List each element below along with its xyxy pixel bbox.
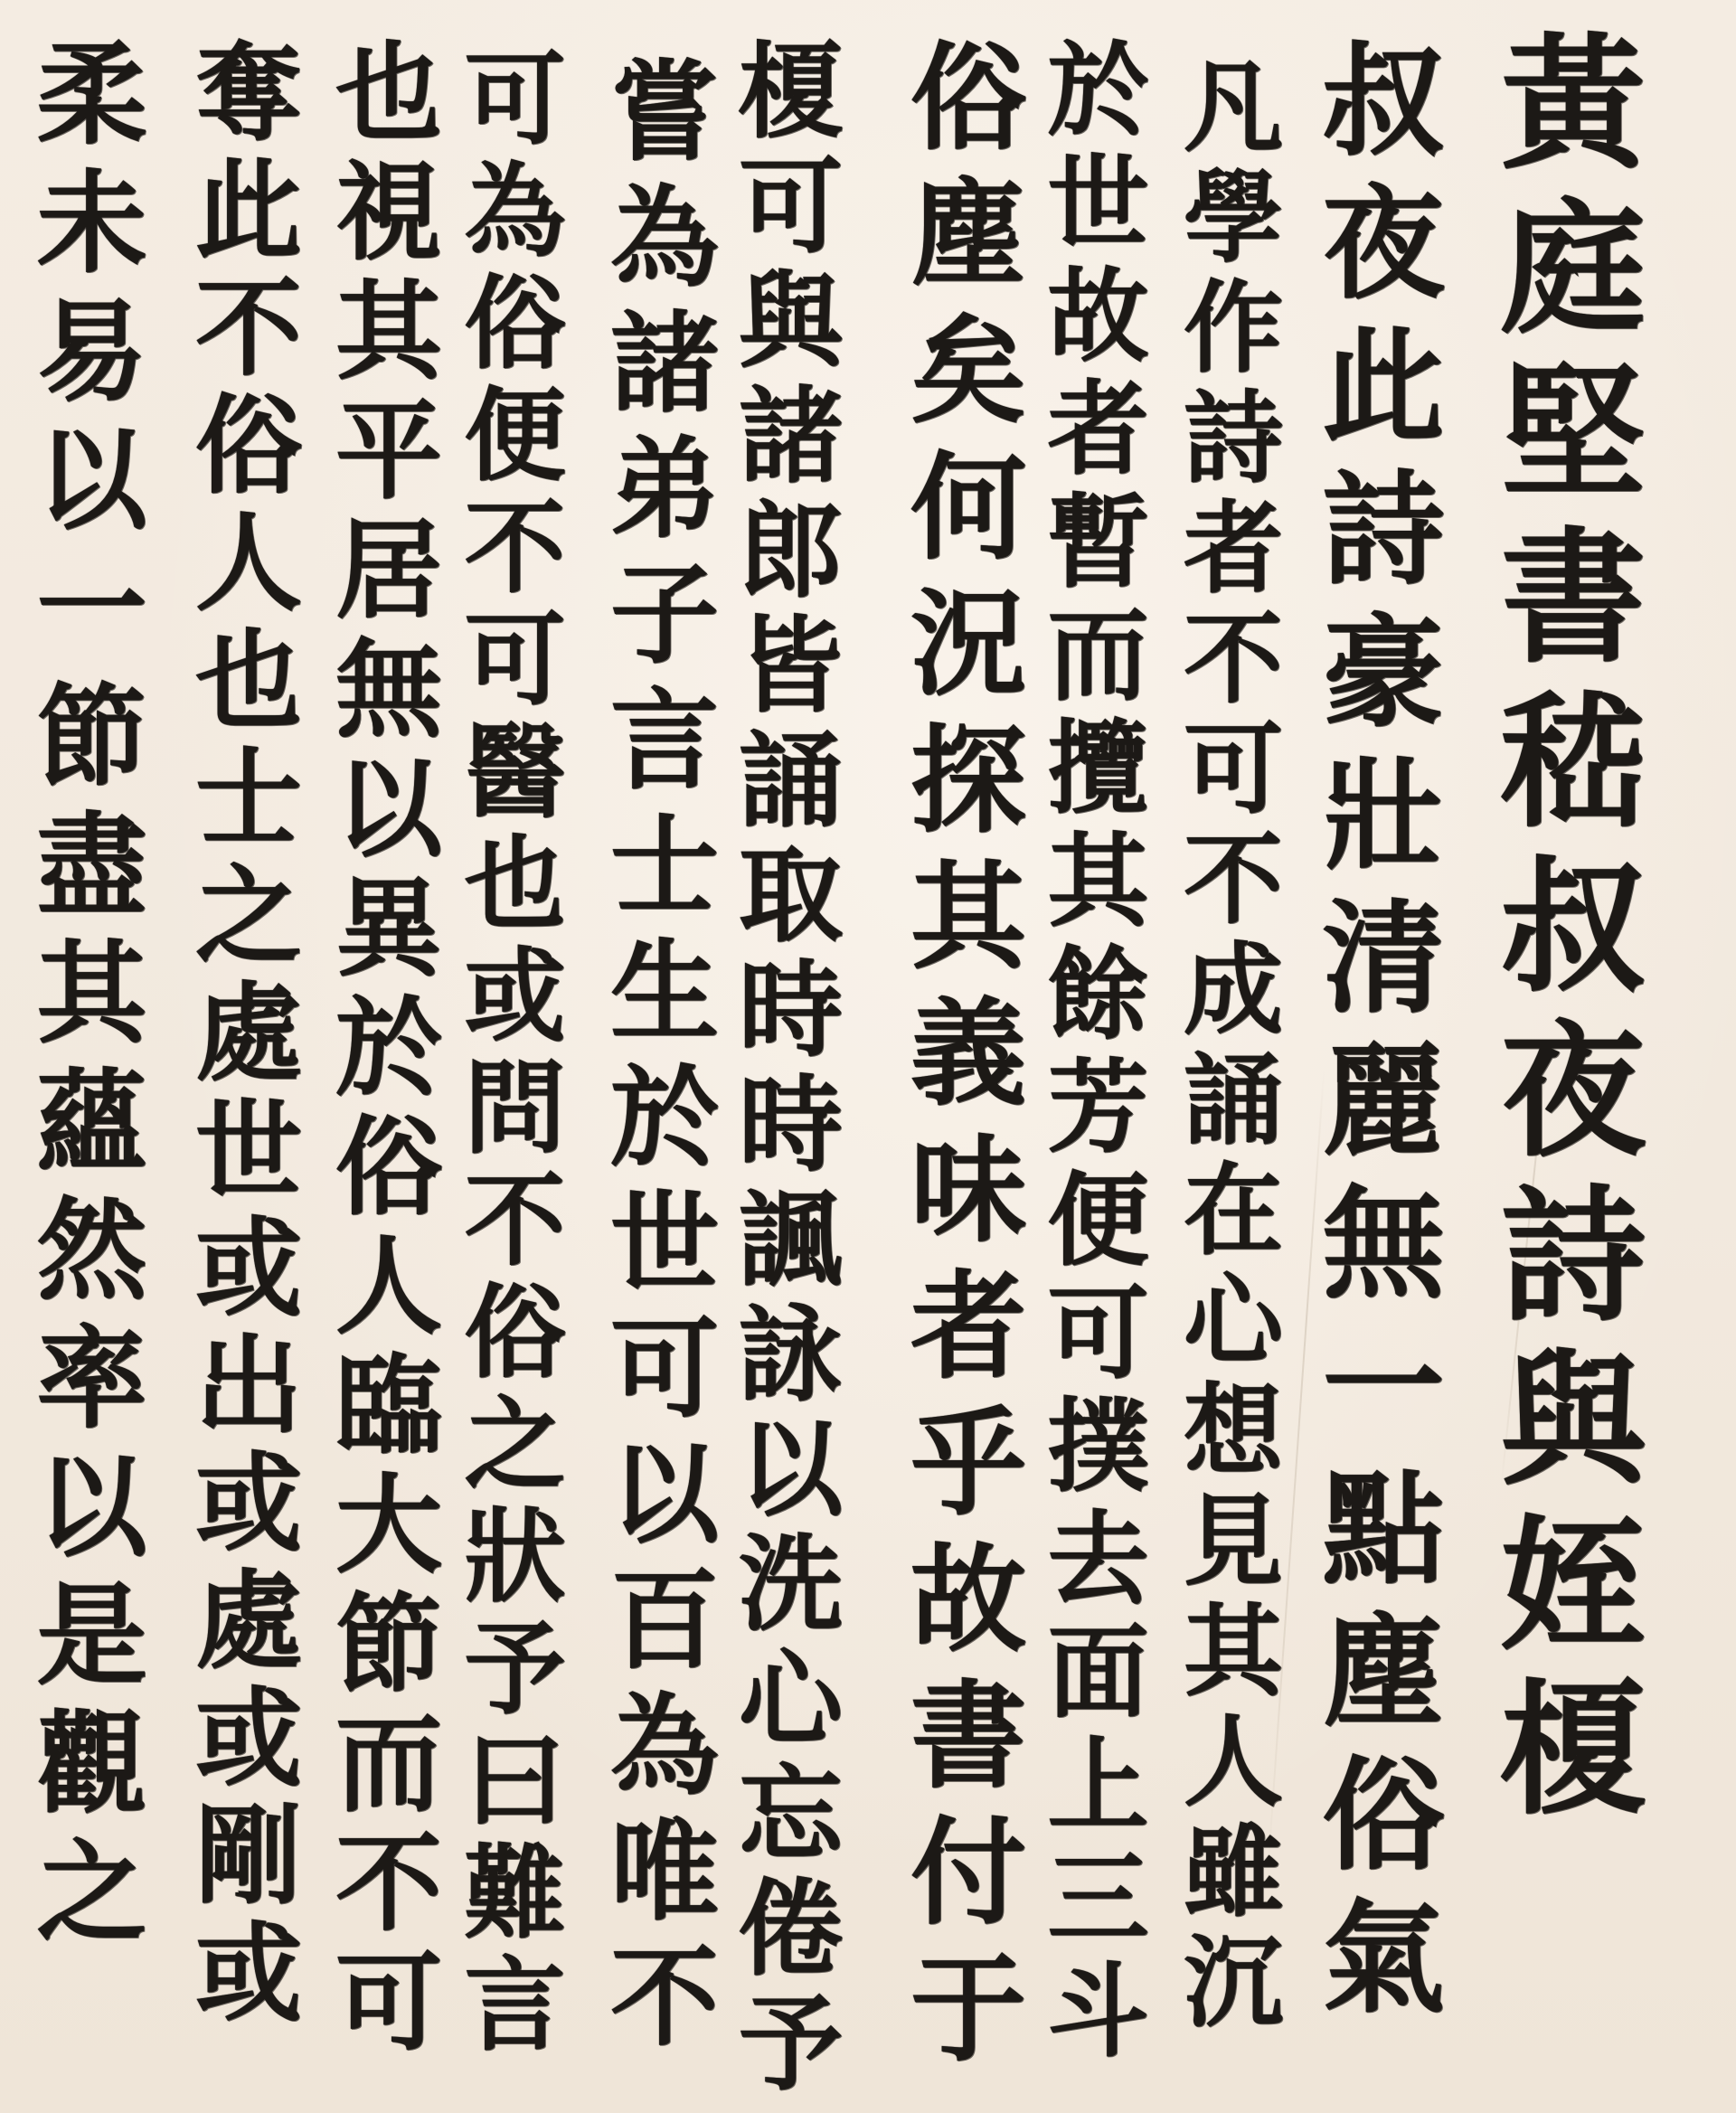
calligraphy-column-1-title: 黃庭堅書嵇叔夜詩與姪榎 bbox=[1489, 27, 1634, 1837]
calligraphy-column-11: 柔未易以一節盡其蘊然率以是觀之 bbox=[28, 36, 138, 1962]
calligraphy-column-5: 俗塵矣何況探其義味者乎故書付于 bbox=[901, 36, 1016, 2084]
calligraphy-column-9: 也視其平居無以異於俗人臨大節而不可 bbox=[326, 36, 433, 2065]
calligraphy-column-8: 可為俗便不可醫也或問不俗之狀予曰難言 bbox=[456, 45, 557, 2063]
calligraphy-column-10: 奪此不俗人也士之處世或出或處或剛或 bbox=[186, 36, 293, 2034]
calligraphy-column-6: 榎可與諸郎皆誦取時時諷詠以洗心忘倦予 bbox=[730, 36, 834, 2103]
calligraphy-column-3: 凡學作詩者不可不成誦在心想見其人雖沉 bbox=[1175, 54, 1275, 2040]
calligraphy-column-7: 嘗為諸弟子言士生於世可以百為唯不 bbox=[601, 54, 710, 2065]
calligraphy-column-2: 叔夜此詩豪壯清麗無一點塵俗氣 bbox=[1313, 36, 1435, 2036]
calligraphy-column-4: 於世故者暫而攬其餘芳便可撲去面上三斗 bbox=[1039, 36, 1140, 2071]
